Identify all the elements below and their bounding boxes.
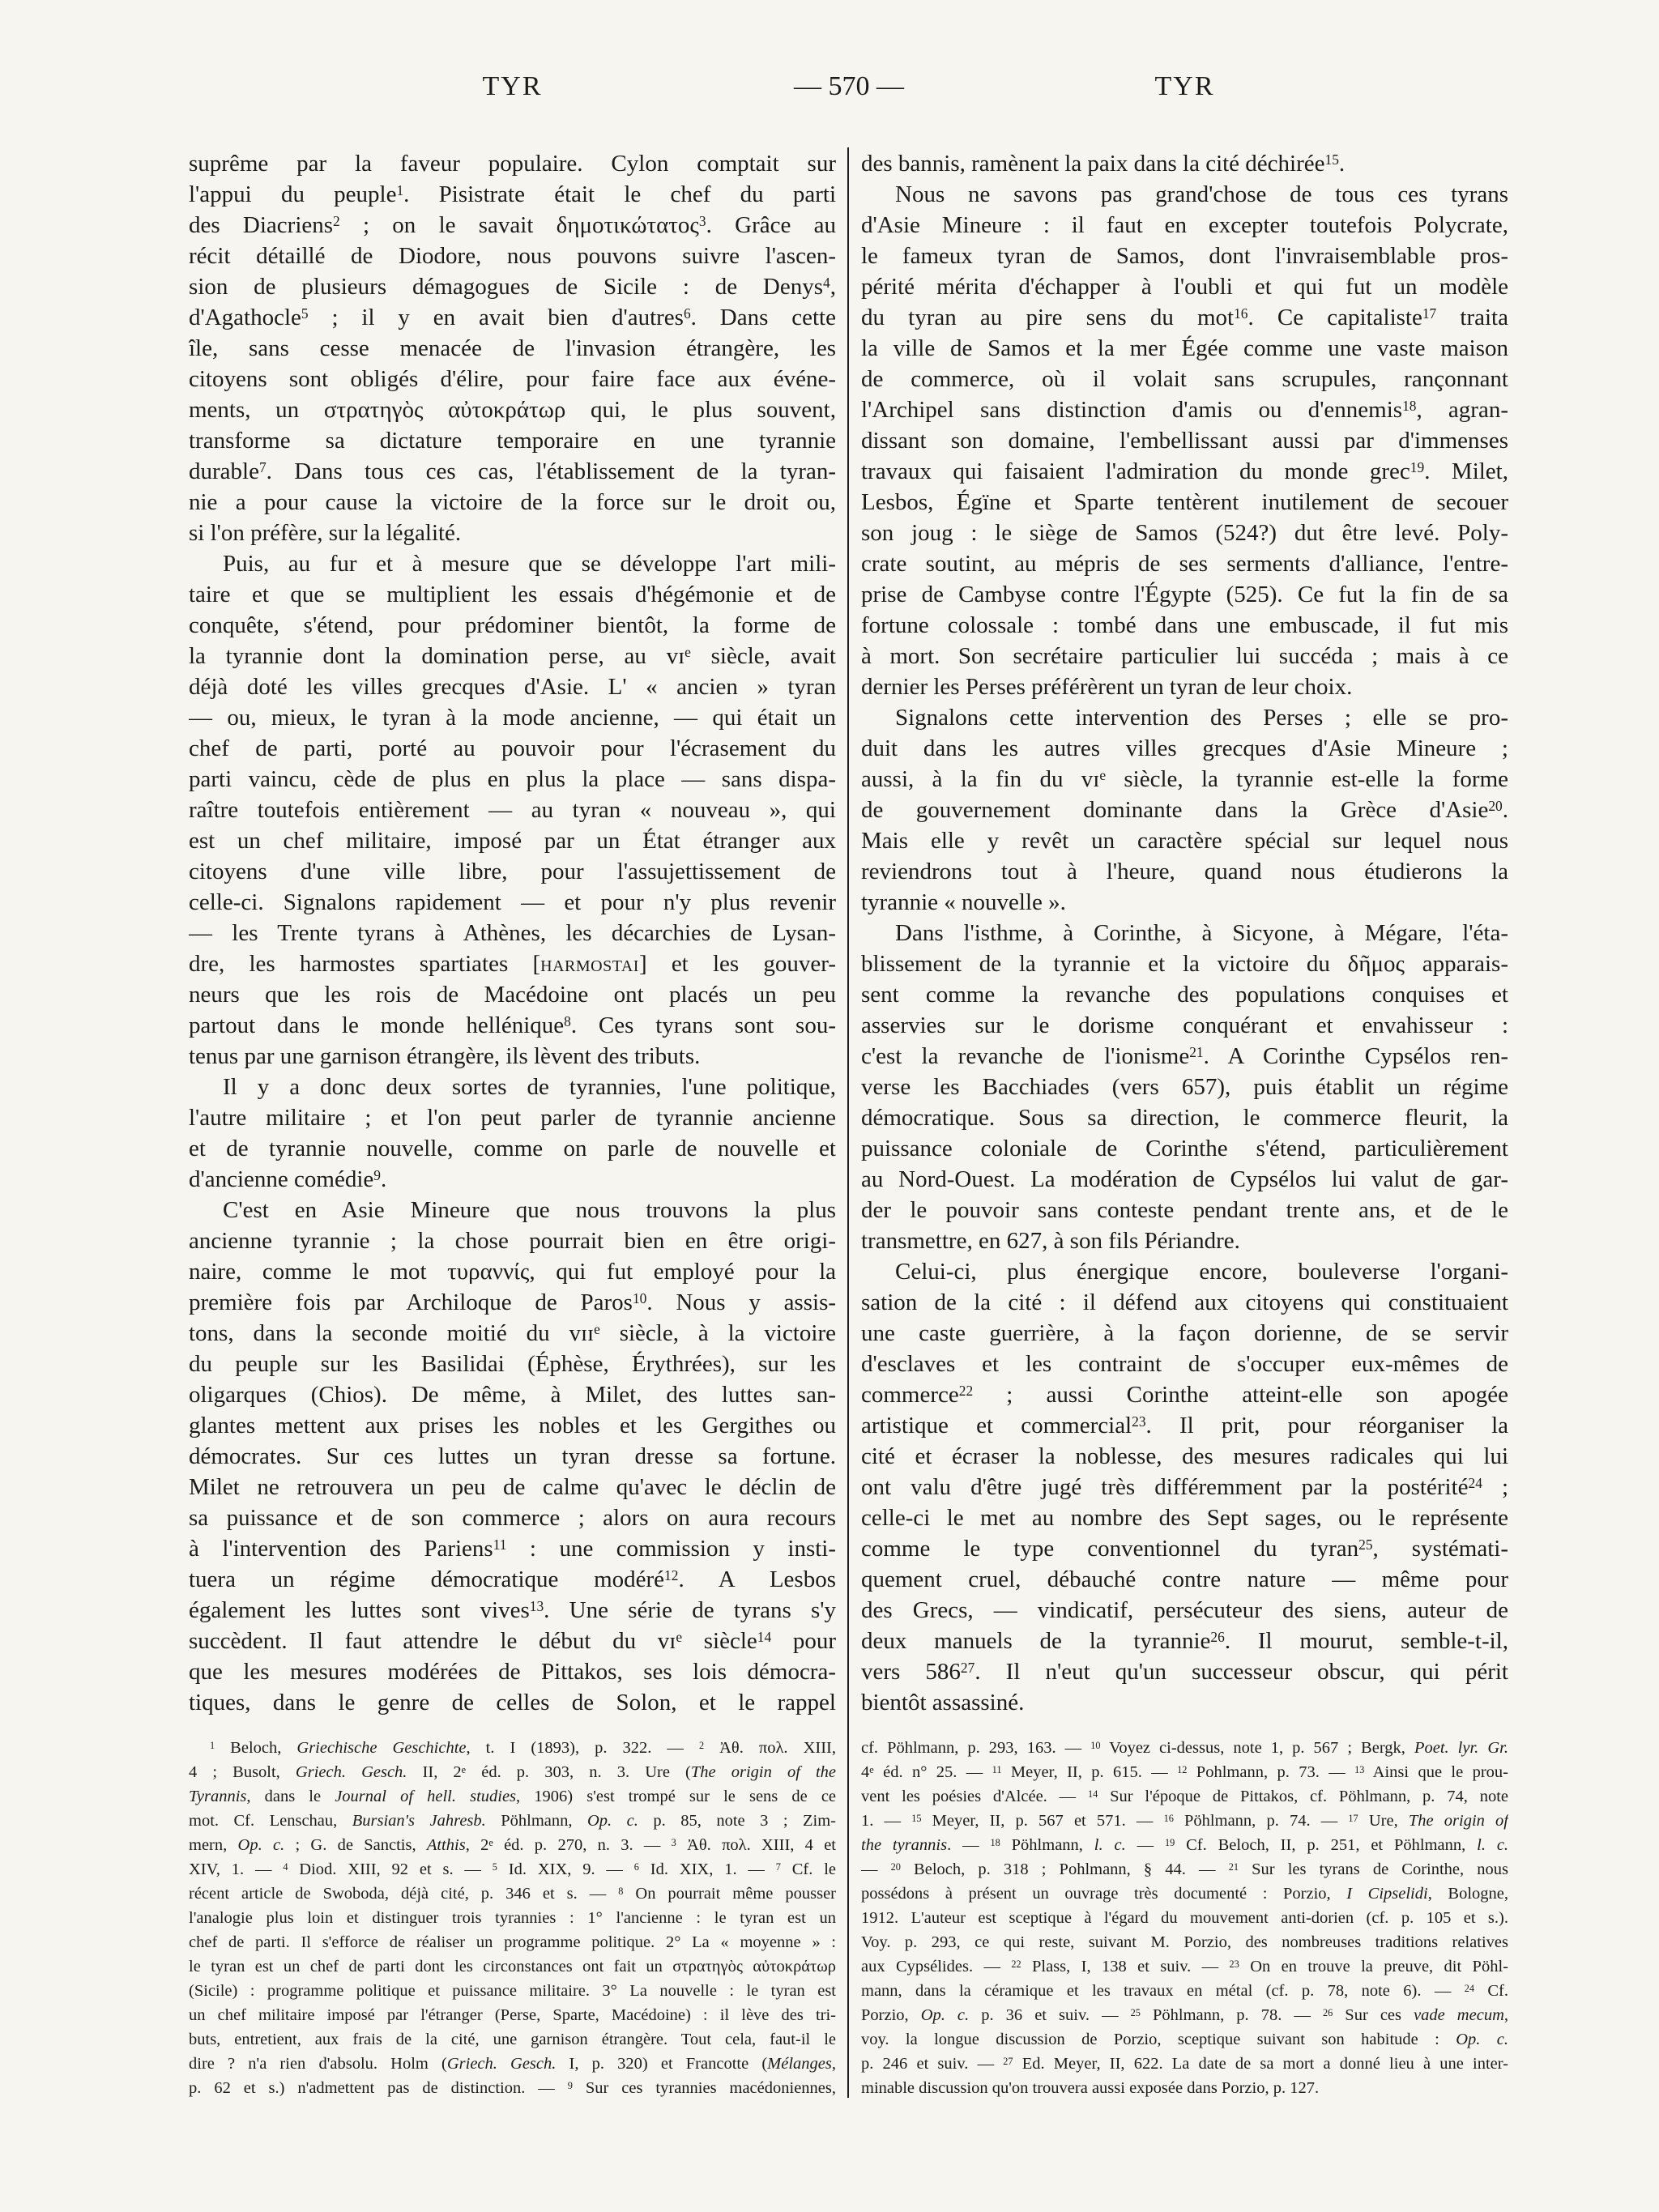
text-line: prise de Cambyse contre l'Égypte (525). …	[861, 579, 1508, 610]
text-line: tuera un régime démocratique modéré12. A…	[189, 1564, 836, 1595]
text-line: c'est la revanche de l'ionisme21. A Cori…	[861, 1041, 1508, 1072]
text-line: Lesbos, Égïne et Sparte tentèrent inutil…	[861, 487, 1508, 518]
text-line: minable discussion qu'on trouvera aussi …	[861, 2076, 1508, 2100]
text-line: Signalons cette intervention des Perses …	[861, 702, 1508, 733]
text-line: du peuple sur les Basilidai (Éphèse, Éry…	[189, 1349, 836, 1379]
text-line: citoyens d'une ville libre, pour l'assuj…	[189, 856, 836, 887]
text-line: île, sans cesse menacée de l'invasion ét…	[189, 333, 836, 364]
text-line: possédons à présent un ouvrage très docu…	[861, 1882, 1508, 1906]
scanned-book-page: TYR — 570 — TYR suprême par la faveur po…	[0, 0, 1659, 2212]
text-line: de commerce, où il volait sans scrupules…	[861, 364, 1508, 394]
text-line: Voy. p. 293, ce qui reste, suivant M. Po…	[861, 1930, 1508, 1954]
text-line: mann, dans la céramique et les travaux e…	[861, 1979, 1508, 2003]
text-line: — les Trente tyrans à Athènes, les décar…	[189, 918, 836, 948]
text-line: deux manuels de la tyrannie26. Il mourut…	[861, 1626, 1508, 1656]
text-line: crate soutint, au mépris de ses serments…	[861, 548, 1508, 579]
text-line: succèdent. Il faut attendre le début du …	[189, 1626, 836, 1656]
text-line: sa puissance et de son commerce ; alors …	[189, 1502, 836, 1533]
text-line: sation de la cité : il défend aux citoye…	[861, 1287, 1508, 1318]
text-line: si l'on préfère, sur la légalité.	[189, 518, 836, 548]
left-column-footnotes: 1 Beloch, Griechische Geschichte, t. I (…	[189, 1736, 836, 2100]
text-line: est un chef militaire, imposé par un Éta…	[189, 825, 836, 856]
text-line: transforme sa dictature temporaire en un…	[189, 425, 836, 456]
text-line: Puis, au fur et à mesure que se développ…	[189, 548, 836, 579]
text-line: récent article de Swoboda, déjà cité, p.…	[189, 1882, 836, 1906]
text-line: neurs que les rois de Macédoine ont plac…	[189, 979, 836, 1010]
text-line: mot. Cf. Lenschau, Bursian's Jahresb. Pö…	[189, 1809, 836, 1833]
text-line: au Nord-Ouest. La modération de Cypsélos…	[861, 1164, 1508, 1195]
right-column-body-text: des bannis, ramènent la paix dans la cit…	[861, 148, 1508, 1718]
text-line: 4 ; Busolt, Griech. Gesch. II, 2e éd. p.…	[189, 1760, 836, 1784]
text-line: dre, les harmostes spartiates [harmostai…	[189, 948, 836, 979]
text-line: l'Archipel sans distinction d'amis ou d'…	[861, 394, 1508, 425]
text-line: d'Asie Mineure : il faut en excepter tou…	[861, 210, 1508, 241]
text-line: conquête, s'étend, pour prédominer bient…	[189, 610, 836, 641]
text-line: Milet ne retrouvera un peu de calme qu'a…	[189, 1472, 836, 1502]
text-line: der le pouvoir sans conteste pendant tre…	[861, 1195, 1508, 1225]
text-line: et de tyrannie nouvelle, comme on parle …	[189, 1133, 836, 1164]
text-line: travaux qui faisaient l'admiration du mo…	[861, 456, 1508, 487]
text-line: nie a pour cause la victoire de la force…	[189, 487, 836, 518]
text-line: Porzio, Op. c. p. 36 et suiv. — 25 Pöhlm…	[861, 2003, 1508, 2027]
text-line: artistique et commercial23. Il prit, pou…	[861, 1410, 1508, 1441]
text-line: celle-ci le met au nombre des Sept sages…	[861, 1502, 1508, 1533]
text-line: — ou, mieux, le tyran à la mode ancienne…	[189, 702, 836, 733]
text-line: raître toutefois entièrement — au tyran …	[189, 795, 836, 825]
text-line: aux Cypsélides. — 22 Plass, I, 138 et su…	[861, 1954, 1508, 1979]
text-line: blissement de la tyrannie et la victoire…	[861, 948, 1508, 979]
column-divider-rule	[847, 147, 849, 2098]
text-line: ont valu d'être jugé très différemment p…	[861, 1472, 1508, 1502]
text-line: 1 Beloch, Griechische Geschichte, t. I (…	[189, 1736, 836, 1760]
text-line: dire ? n'a rien d'absolu. Holm (Griech. …	[189, 2052, 836, 2076]
text-line: 4e éd. n° 25. — 11 Meyer, II, p. 615. — …	[861, 1760, 1508, 1784]
text-line: verse les Bacchiades (vers 657), puis ét…	[861, 1072, 1508, 1102]
text-line: p. 62 et s.) n'admettent pas de distinct…	[189, 2076, 836, 2100]
text-line: comme le type conventionnel du tyran25, …	[861, 1533, 1508, 1564]
text-line: sent comme la revanche des populations c…	[861, 979, 1508, 1010]
text-line: l'autre militaire ; et l'on peut parler …	[189, 1102, 836, 1133]
text-line: ments, un στρατηγὸς αὐτοκράτωρ qui, le p…	[189, 394, 836, 425]
text-line: suprême par la faveur populaire. Cylon c…	[189, 148, 836, 179]
text-line: démocratique. Sous sa direction, le comm…	[861, 1102, 1508, 1133]
text-line: naire, comme le mot τυραννίς, qui fut em…	[189, 1256, 836, 1287]
text-line: d'esclaves et les contraint de s'occuper…	[861, 1349, 1508, 1379]
text-line: Tyrannis, dans le Journal of hell. studi…	[189, 1784, 836, 1809]
text-line: de gouvernement dominante dans la Grèce …	[861, 795, 1508, 825]
left-column-body-text: suprême par la faveur populaire. Cylon c…	[189, 148, 836, 1718]
text-line: des bannis, ramènent la paix dans la cit…	[861, 148, 1508, 179]
text-line: parti vaincu, cède de plus en plus la pl…	[189, 764, 836, 795]
text-line: à mort. Son secrétaire particulier lui s…	[861, 641, 1508, 671]
text-line: bientôt assassiné.	[861, 1687, 1508, 1718]
text-line: C'est en Asie Mineure que nous trouvons …	[189, 1195, 836, 1225]
text-line: la tyrannie dont la domination perse, au…	[189, 641, 836, 671]
text-line: tiques, dans le genre de celles de Solon…	[189, 1687, 836, 1718]
text-line: vers 58627. Il n'eut qu'un successeur ob…	[861, 1656, 1508, 1687]
text-line: l'appui du peuple1. Pisistrate était le …	[189, 179, 836, 210]
text-line: Il y a donc deux sortes de tyrannies, l'…	[189, 1072, 836, 1102]
text-line: l'analogie plus loin et distinguer trois…	[189, 1906, 836, 1930]
text-line: tenus par une garnison étrangère, ils lè…	[189, 1041, 836, 1072]
text-line: (Sicile) : programme politique et puissa…	[189, 1979, 836, 2003]
text-line: — 20 Beloch, p. 318 ; Pohlmann, § 44. — …	[861, 1857, 1508, 1882]
text-line: dernier les Perses préférèrent un tyran …	[861, 671, 1508, 702]
text-line: aussi, à la fin du vɪe siècle, la tyrann…	[861, 764, 1508, 795]
text-line: the tyrannis. — 18 Pöhlmann, l. c. — 19 …	[861, 1833, 1508, 1857]
text-line: 1912. L'auteur est sceptique à l'égard d…	[861, 1906, 1508, 1930]
text-line: chef de parti, porté au pouvoir pour l'é…	[189, 733, 836, 764]
text-line: buts, entretient, aux frais de la cité, …	[189, 2027, 836, 2052]
text-line: une caste guerrière, à la façon dorienne…	[861, 1318, 1508, 1349]
text-line: oligarques (Chios). De même, à Milet, de…	[189, 1379, 836, 1410]
text-line: XIV, 1. — 4 Diod. XIII, 92 et s. — 5 Id.…	[189, 1857, 836, 1882]
text-line: taire et que se multiplient les essais d…	[189, 579, 836, 610]
text-line: transmettre, en 627, à son fils Périandr…	[861, 1225, 1508, 1256]
text-line: chef de parti. Il s'efforce de réaliser …	[189, 1930, 836, 1954]
text-line: des Grecs, — vindicatif, persécuteur des…	[861, 1595, 1508, 1626]
text-line: dissant son domaine, l'embellissant auss…	[861, 425, 1508, 456]
text-line: celle-ci. Signalons rapidement — et pour…	[189, 887, 836, 918]
text-line: tons, dans la seconde moitié du vɪɪe siè…	[189, 1318, 836, 1349]
text-line: tyrannie « nouvelle ».	[861, 887, 1508, 918]
text-line: glantes mettent aux prises les nobles et…	[189, 1410, 836, 1441]
text-line: asservies sur le dorisme conquérant et e…	[861, 1010, 1508, 1041]
right-column-footnotes: cf. Pöhlmann, p. 293, 163. — 10 Voyez ci…	[861, 1736, 1508, 2100]
text-line: périté mérita d'échapper à l'oubli et qu…	[861, 271, 1508, 302]
text-line: d'ancienne comédie9.	[189, 1164, 836, 1195]
text-line: récit détaillé de Diodore, nous pouvons …	[189, 241, 836, 271]
text-line: à l'intervention des Pariens11 : une com…	[189, 1533, 836, 1564]
text-line: citoyens sont obligés d'élire, pour fair…	[189, 364, 836, 394]
text-line: son joug : le siège de Samos (524?) dut …	[861, 518, 1508, 548]
text-line: puissance coloniale de Corinthe s'étend,…	[861, 1133, 1508, 1164]
text-line: également les luttes sont vives13. Une s…	[189, 1595, 836, 1626]
text-line: déjà doté les villes grecques d'Asie. L'…	[189, 671, 836, 702]
text-line: Celui-ci, plus énergique encore, bouleve…	[861, 1256, 1508, 1287]
text-line: du tyran au pire sens du mot16. Ce capit…	[861, 302, 1508, 333]
text-line: durable7. Dans tous ces cas, l'établisse…	[189, 456, 836, 487]
text-line: le tyran est un chef de parti dont les c…	[189, 1954, 836, 1979]
text-line: fortune colossale : tombé dans une embus…	[861, 610, 1508, 641]
text-line: cité et écraser la noblesse, des mesures…	[861, 1441, 1508, 1472]
running-head-right-title: TYR	[861, 71, 1508, 102]
text-line: que les mesures modérées de Pittakos, se…	[189, 1656, 836, 1687]
running-head: TYR — 570 — TYR	[0, 71, 1659, 112]
text-line: p. 246 et suiv. — 27 Ed. Meyer, II, 622.…	[861, 2052, 1508, 2076]
text-line: un chef militaire imposé par l'étranger …	[189, 2003, 836, 2027]
text-line: duit dans les autres villes grecques d'A…	[861, 733, 1508, 764]
text-line: la ville de Samos et la mer Égée comme u…	[861, 333, 1508, 364]
text-line: partout dans le monde hellénique8. Ces t…	[189, 1010, 836, 1041]
text-line: voy. la longue discussion de Porzio, sce…	[861, 2027, 1508, 2052]
text-line: des Diacriens2 ; on le savait δημοτικώτα…	[189, 210, 836, 241]
text-line: commerce22 ; aussi Corinthe atteint-elle…	[861, 1379, 1508, 1410]
text-line: ancienne tyrannie ; la chose pourrait bi…	[189, 1225, 836, 1256]
text-line: démocrates. Sur ces luttes un tyran dres…	[189, 1441, 836, 1472]
text-line: cf. Pöhlmann, p. 293, 163. — 10 Voyez ci…	[861, 1736, 1508, 1760]
text-line: première fois par Archiloque de Paros10.…	[189, 1287, 836, 1318]
text-line: Nous ne savons pas grand'chose de tous c…	[861, 179, 1508, 210]
text-line: mern, Op. c. ; G. de Sanctis, Atthis, 2e…	[189, 1833, 836, 1857]
text-line: sion de plusieurs démagogues de Sicile :…	[189, 271, 836, 302]
text-line: 1. — 15 Meyer, II, p. 567 et 571. — 16 P…	[861, 1809, 1508, 1833]
text-line: Mais elle y revêt un caractère spécial s…	[861, 825, 1508, 856]
text-line: d'Agathocle5 ; il y en avait bien d'autr…	[189, 302, 836, 333]
text-line: vent les poésies d'Alcée. — 14 Sur l'épo…	[861, 1784, 1508, 1809]
text-line: quement cruel, débauché contre nature — …	[861, 1564, 1508, 1595]
text-line: le fameux tyran de Samos, dont l'invrais…	[861, 241, 1508, 271]
text-line: Dans l'isthme, à Corinthe, à Sicyone, à …	[861, 918, 1508, 948]
text-line: reviendrons tout à l'heure, quand nous é…	[861, 856, 1508, 887]
